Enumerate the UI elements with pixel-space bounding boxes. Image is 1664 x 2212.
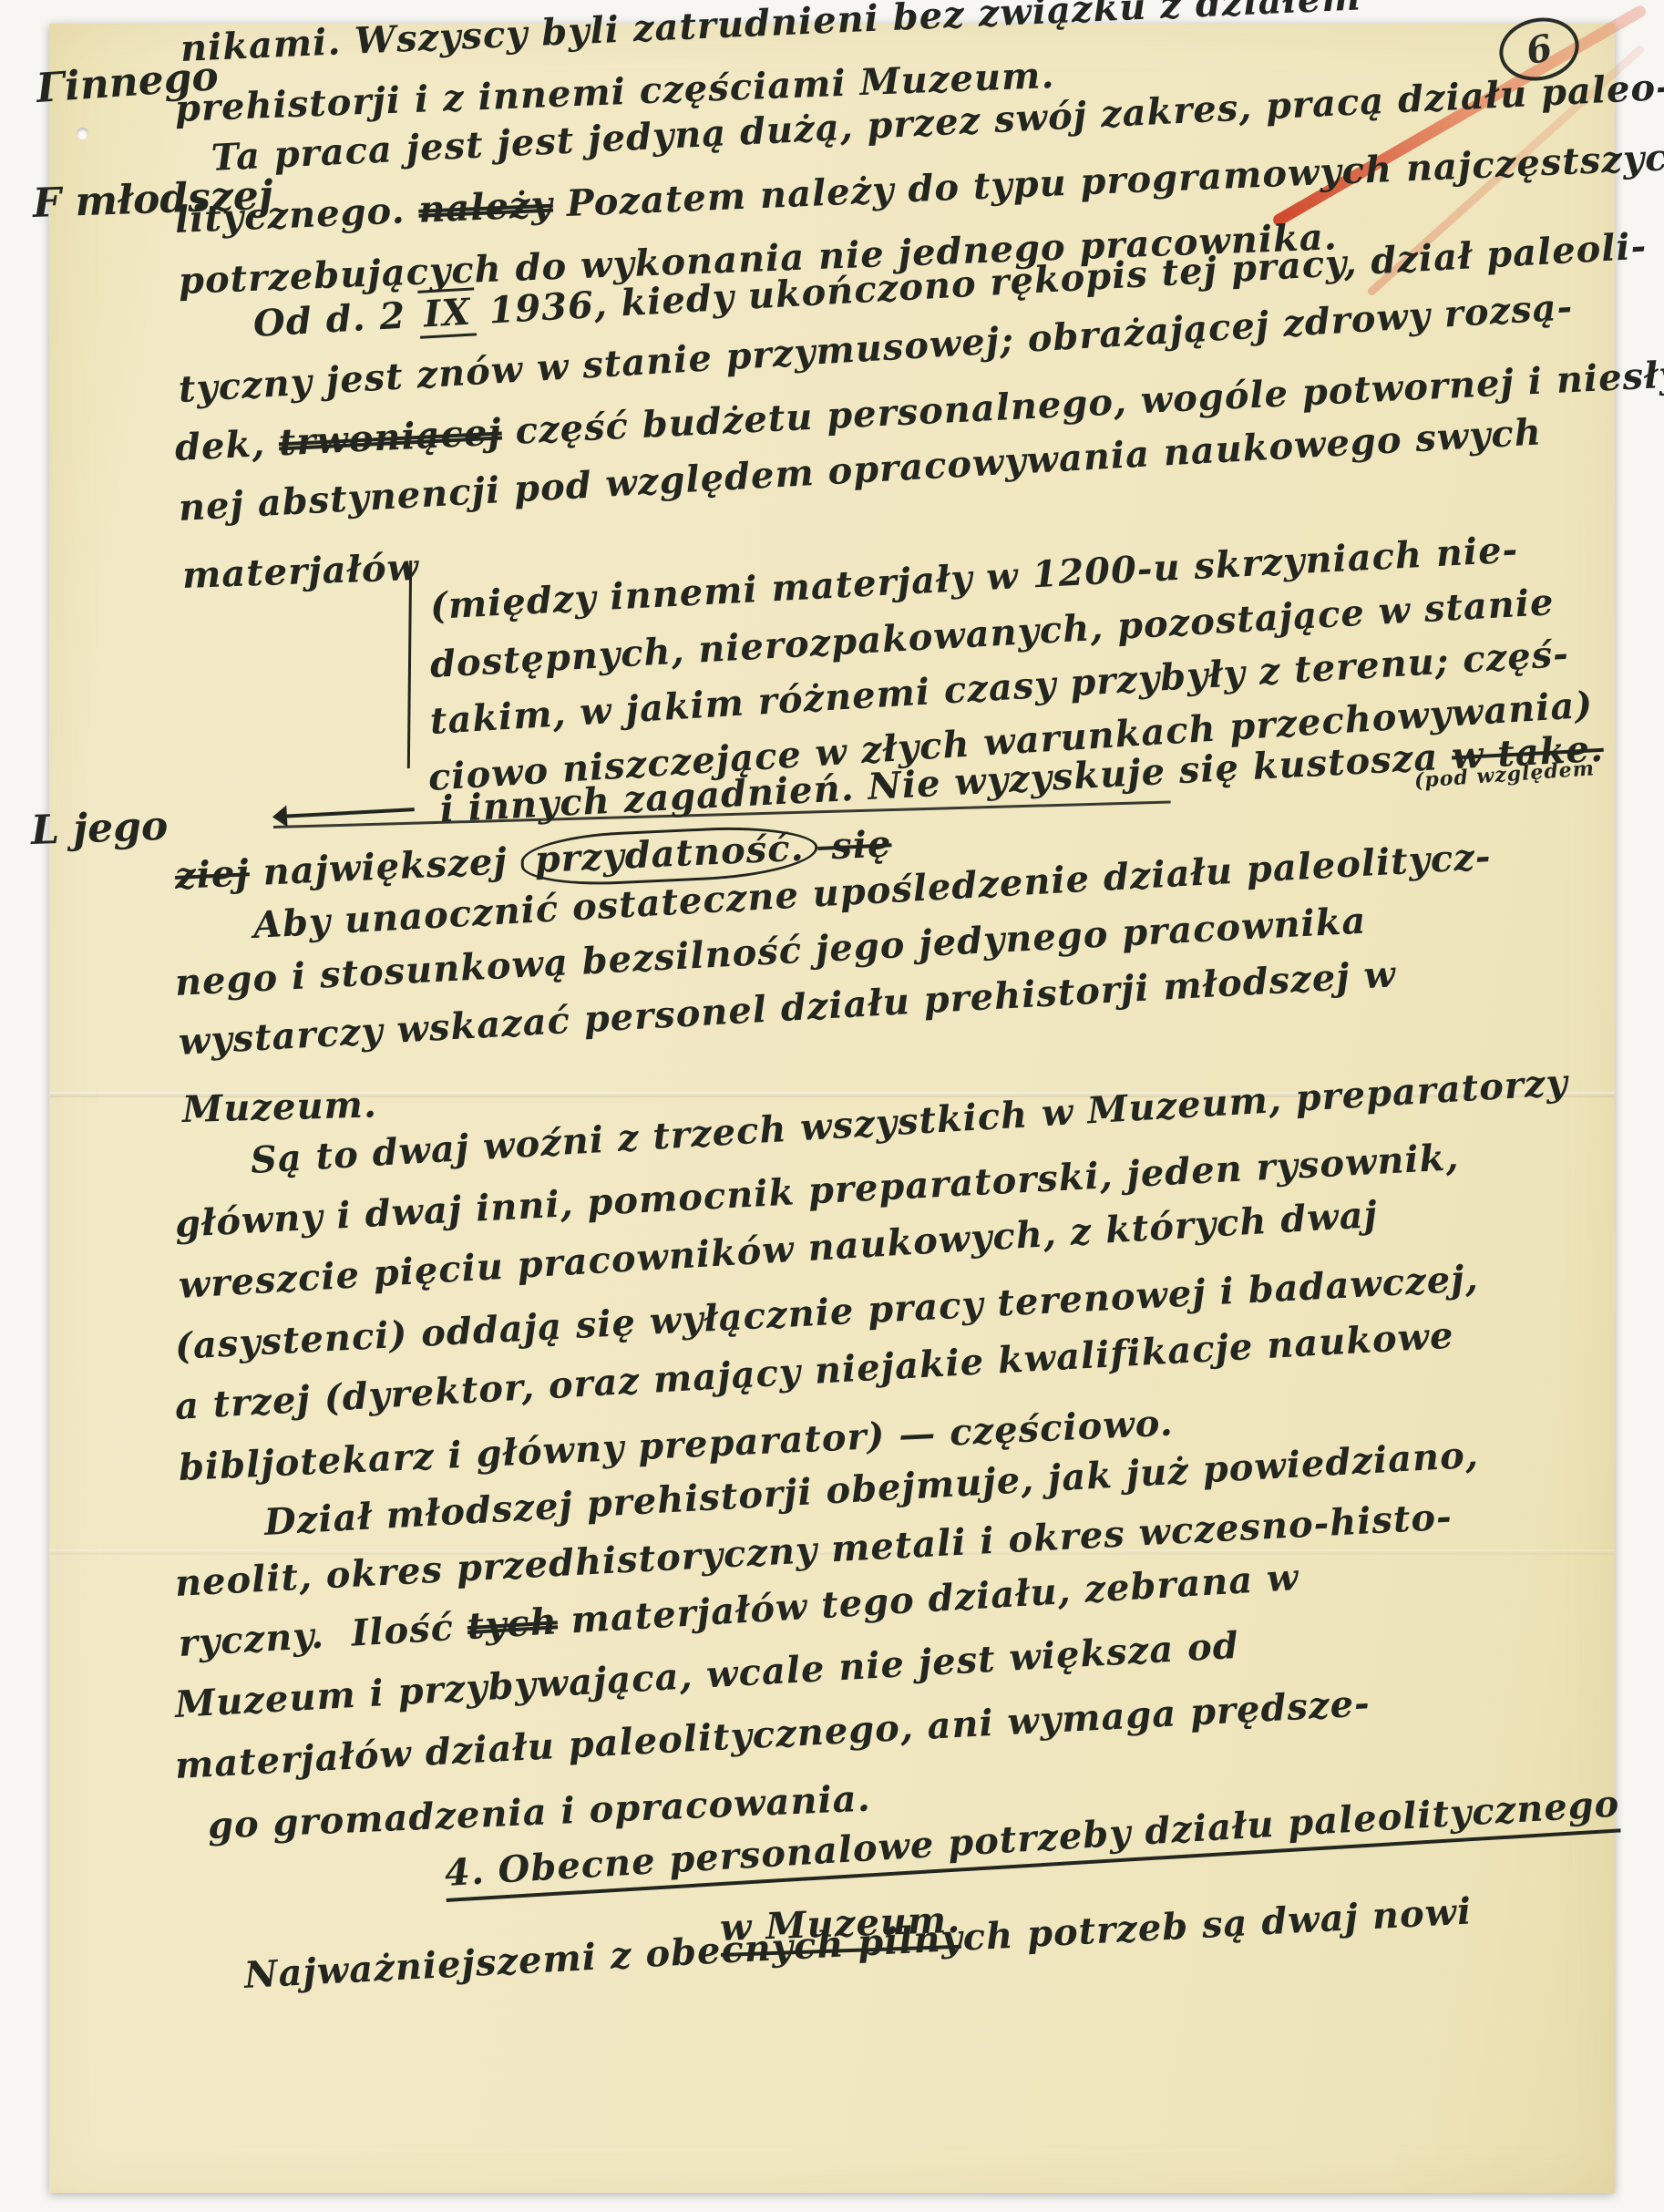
text-segment: dek,: [174, 421, 280, 469]
punch-hole: [77, 128, 88, 139]
manuscript-line: Muzeum.: [181, 1083, 377, 1131]
text-segment: tych: [466, 1600, 559, 1648]
page-number: 6: [1522, 26, 1556, 73]
text-segment: IX: [418, 287, 478, 338]
text-segment: w take.: [1451, 727, 1605, 778]
text-segment: ziej: [174, 851, 251, 898]
margin-note: L jego: [30, 803, 169, 854]
text-segment: materjałów: [181, 546, 420, 597]
text-segment: należy: [417, 183, 553, 231]
manuscript-line: materjałów: [181, 546, 420, 597]
left-arrow-icon: [278, 808, 415, 818]
text-segment: Muzeum.: [181, 1083, 377, 1131]
text-segment: się: [817, 822, 892, 869]
scan-background: 6 ΓinnegoF młodszejL jego nikami. Wszysc…: [0, 0, 1664, 2212]
